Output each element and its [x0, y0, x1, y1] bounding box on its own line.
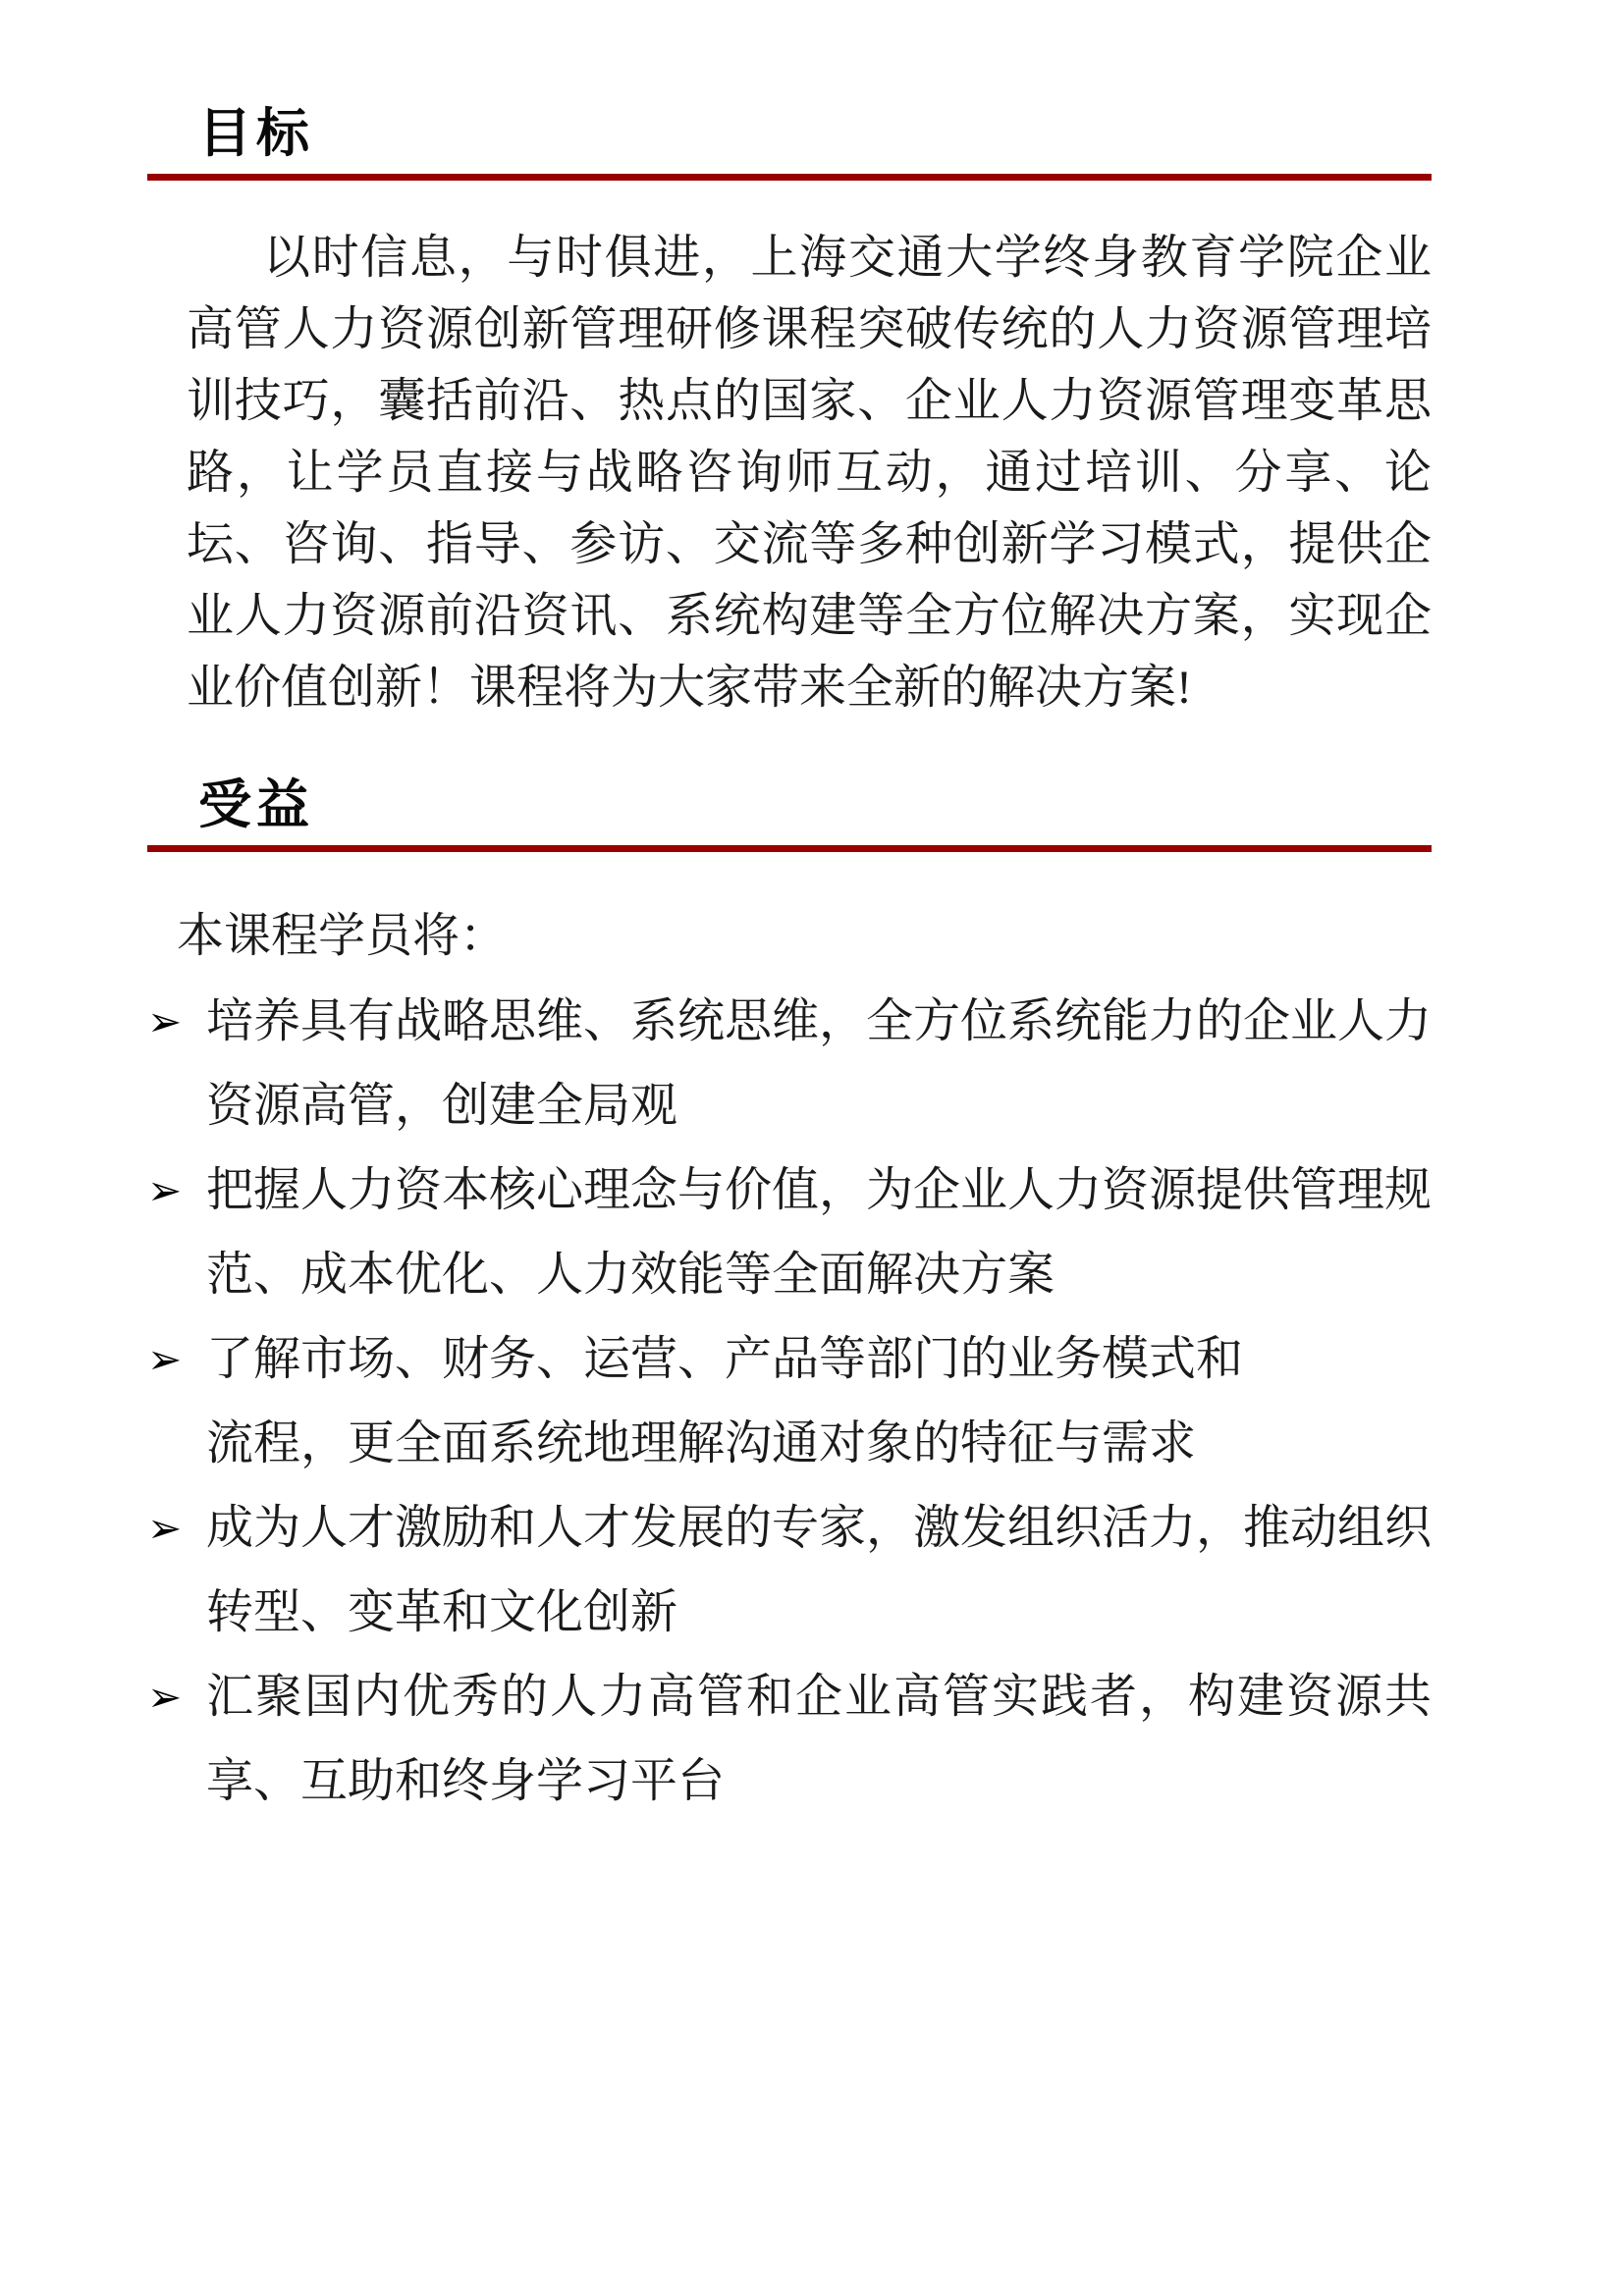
- benefit-intro: 本课程学员将：: [177, 907, 1432, 966]
- benefit-section: 受益 本课程学员将： ➢ 培养具有战略思维、系统思维，全方位系统能力的企业人力资…: [147, 774, 1432, 1824]
- goal-heading: 目标: [147, 103, 1432, 164]
- list-item-text: 把握人力资本核心理念与价值，为企业人力资源提供管理规范、成本优化、人力效能等全面…: [206, 1148, 1432, 1317]
- list-item: ➢ 成为人才激励和人才发展的专家，激发组织活力，推动组织转型、变革和文化创新: [147, 1486, 1432, 1655]
- arrow-bullet-icon: ➢: [147, 1148, 182, 1233]
- list-item-text: 成为人才激励和人才发展的专家，激发组织活力，推动组织转型、变革和文化创新: [206, 1486, 1432, 1655]
- benefit-list: ➢ 培养具有战略思维、系统思维，全方位系统能力的企业人力资源高管，创建全局观 ➢…: [147, 980, 1432, 1824]
- goal-paragraph: 以时信息，与时俱进，上海交通大学终身教育学院企业高管人力资源创新管理研修课程突破…: [187, 222, 1432, 723]
- list-item-text: 汇聚国内优秀的人力高管和企业高管实践者，构建资源共享、互助和终身学习平台: [206, 1655, 1432, 1824]
- list-item: ➢ 汇聚国内优秀的人力高管和企业高管实践者，构建资源共享、互助和终身学习平台: [147, 1655, 1432, 1824]
- benefit-heading: 受益: [147, 774, 1432, 835]
- arrow-bullet-icon: ➢: [147, 1317, 182, 1402]
- arrow-bullet-icon: ➢: [147, 1486, 182, 1571]
- document-page: 目标 以时信息，与时俱进，上海交通大学终身教育学院企业高管人力资源创新管理研修课…: [0, 0, 1623, 2296]
- list-item-text: 培养具有战略思维、系统思维，全方位系统能力的企业人力资源高管，创建全局观: [206, 980, 1432, 1148]
- goal-section: 目标 以时信息，与时俱进，上海交通大学终身教育学院企业高管人力资源创新管理研修课…: [147, 103, 1432, 723]
- benefit-heading-underline: [147, 845, 1432, 852]
- list-item: ➢ 把握人力资本核心理念与价值，为企业人力资源提供管理规范、成本优化、人力效能等…: [147, 1148, 1432, 1317]
- goal-heading-underline: [147, 174, 1432, 181]
- list-item: ➢ 了解市场、财务、运营、产品等部门的业务模式和 流程，更全面系统地理解沟通对象…: [147, 1317, 1432, 1486]
- list-item-text: 了解市场、财务、运营、产品等部门的业务模式和 流程，更全面系统地理解沟通对象的特…: [206, 1317, 1432, 1486]
- arrow-bullet-icon: ➢: [147, 1655, 182, 1739]
- list-item: ➢ 培养具有战略思维、系统思维，全方位系统能力的企业人力资源高管，创建全局观: [147, 980, 1432, 1148]
- arrow-bullet-icon: ➢: [147, 980, 182, 1064]
